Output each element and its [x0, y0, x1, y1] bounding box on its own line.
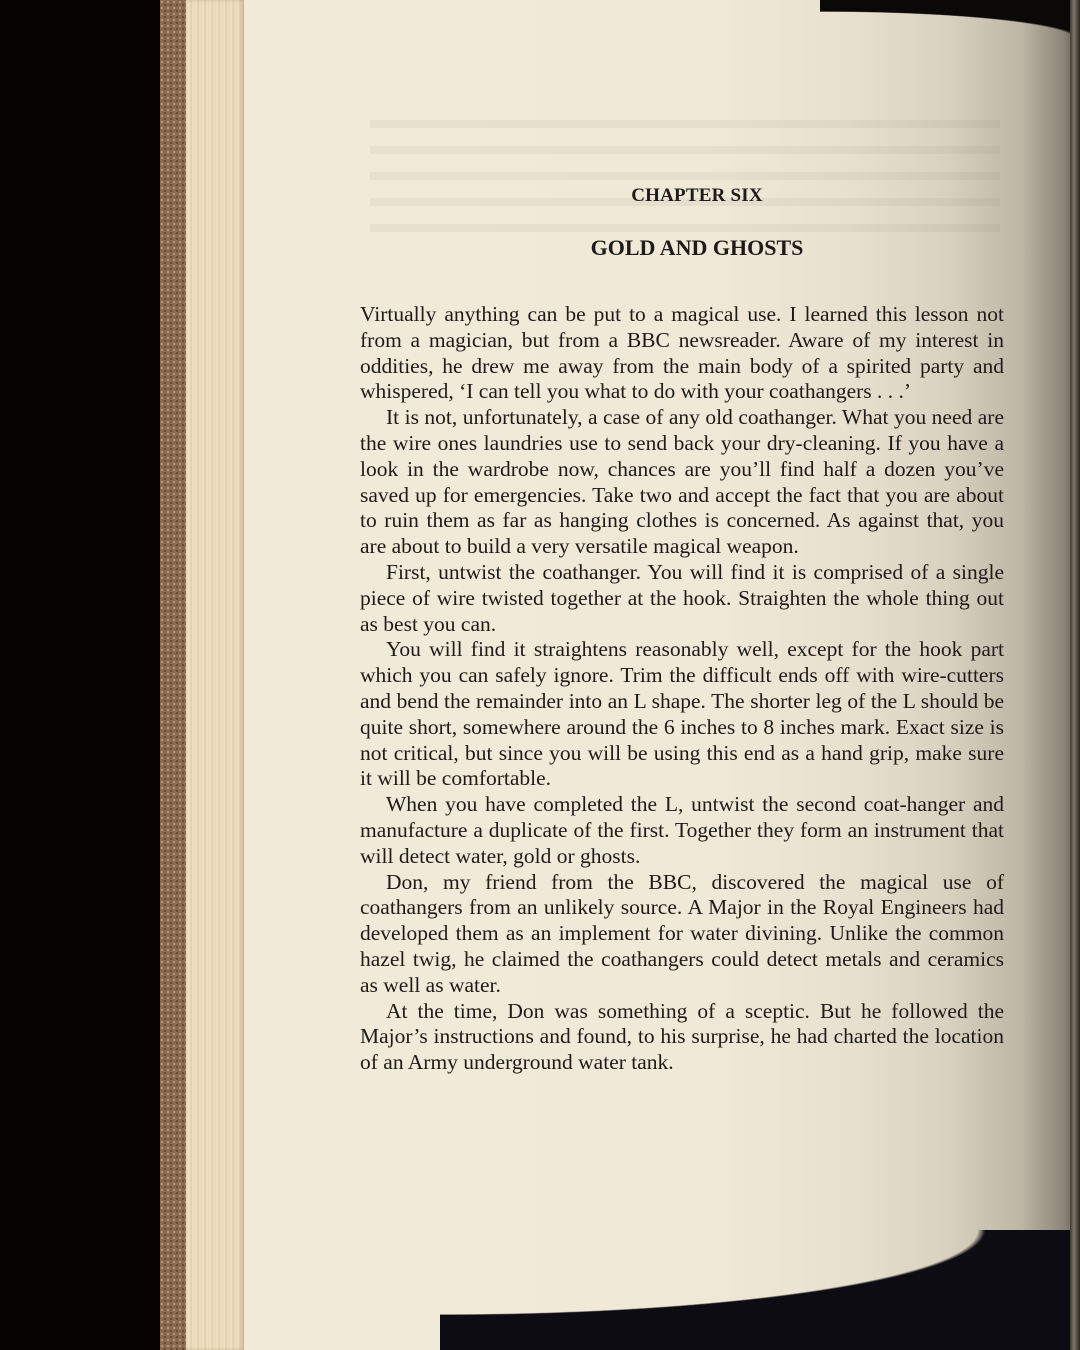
book-gutter	[1070, 0, 1080, 1350]
paragraph: When you have completed the L, untwist t…	[360, 792, 1004, 869]
paragraph: It is not, unfortunately, a case of any …	[360, 405, 1004, 560]
chapter-title: GOLD AND GHOSTS	[360, 232, 1004, 264]
page-corner-shadow-top	[820, 0, 1080, 40]
book-photo: CHAPTER SIX GOLD AND GHOSTS Virtually an…	[0, 0, 1080, 1350]
paragraph: First, untwist the coathanger. You will …	[360, 560, 1004, 637]
chapter-label: CHAPTER SIX	[360, 180, 1004, 212]
paragraph: At the time, Don was something of a scep…	[360, 999, 1004, 1076]
paragraph: Virtually anything can be put to a magic…	[360, 302, 1004, 405]
page-corner-shadow-bottom	[440, 1230, 1080, 1350]
book-cover-edge	[160, 0, 186, 1350]
paragraph: Don, my friend from the BBC, discovered …	[360, 870, 1004, 999]
chapter-body: Virtually anything can be put to a magic…	[360, 302, 1004, 1076]
paragraph: You will find it straightens reasonably …	[360, 637, 1004, 792]
page-edges	[186, 0, 244, 1350]
page-text: CHAPTER SIX GOLD AND GHOSTS Virtually an…	[360, 180, 1004, 1076]
